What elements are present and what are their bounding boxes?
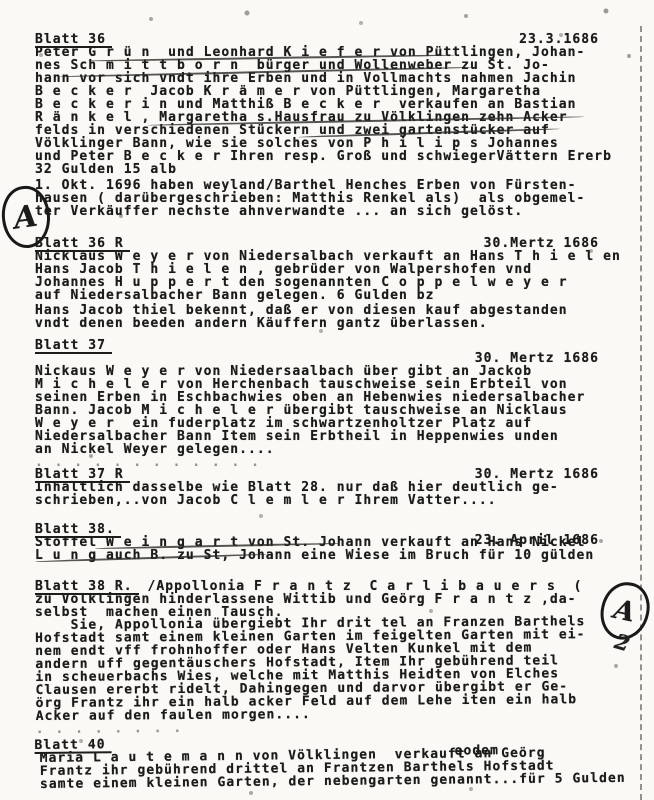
circled-letter-a: A (13, 209, 39, 225)
typewritten-content: Blatt 3623.3.1686 Peter G r ü n und Leon… (35, 33, 645, 791)
section-blatt-37r: Blatt 37 R30. Mertz 1686 Inhaltlich dass… (35, 468, 645, 507)
section-heading: Blatt 37 (35, 339, 112, 354)
paragraph-appollonia-tausch: Sie, Appollonia übergiebt Ihr drit tel a… (35, 615, 646, 735)
section-date: 30. Mertz 1686 (475, 468, 599, 481)
section-date: 23.3.1686 (519, 33, 599, 46)
section-heading-row: Blatt 37 R30. Mertz 1686 (35, 468, 645, 481)
section-heading-row: Blatt 3623.3.1686 (35, 33, 645, 46)
text-line: auf Niedersalbacher Bann gelegen. 6 Guld… (35, 289, 645, 302)
text-line: L u n g auch B. zu St, Johann eine Wiese… (35, 549, 645, 562)
section-blatt-36r: Blatt 36 R30.Mertz 1686 Nicklaus W e y e… (35, 237, 645, 302)
section-heading-row: Blatt 38.23. April 1686 (35, 523, 645, 536)
section-date: 30.Mertz 1686 (484, 237, 599, 250)
section-heading-row: Blatt 36 R30.Mertz 1686 (35, 237, 645, 250)
section-heading: Blatt 36 (35, 33, 112, 48)
section-blatt-38r: Blatt 38 R. /Appollonia F r a n t z C a … (35, 580, 645, 619)
heading-continuation-text: /Appollonia F r a n t z C a r l i b a u … (139, 579, 583, 594)
paragraph-redemption-note: 1. Okt. 1696 haben weyland/Barthel Hench… (35, 179, 645, 218)
circled-letter-a: A (613, 602, 637, 619)
section-heading: Blatt 37 R (35, 468, 130, 483)
text-line: ter Verkäuffer nechste ahnverwandte ... … (35, 205, 645, 218)
section-heading: Blatt 36 R (35, 237, 130, 252)
scanned-document-page: Blatt 3623.3.1686 Peter G r ü n und Leon… (0, 0, 654, 800)
paragraph-thiel-note: Hans Jacob thiel bekennt, daß er von die… (35, 304, 645, 330)
text-line: 32 Gulden 15 alb (35, 163, 645, 176)
section-blatt-38: Blatt 38.23. April 1686 Stoffel W e i n … (35, 523, 645, 562)
eodem-date-note: eodem (455, 744, 500, 757)
section-blatt-36: Blatt 3623.3.1686 Peter G r ü n und Leon… (35, 33, 645, 176)
text-line: vndt denen beeden andern Käuffern gantz … (35, 317, 645, 330)
dotted-row: . . . . . . . . (36, 719, 646, 735)
section-blatt-37: Blatt 37 30. Mertz 1686 Nickaus W e y e … (35, 339, 645, 468)
section-heading: Blatt 38. (35, 523, 121, 538)
section-heading-row: Blatt 37 (35, 339, 645, 352)
section-blatt-40: Blatt 40 eodem Maria L a u t e m a n n v… (34, 733, 645, 791)
margin-squiggle-mark: 2 (614, 634, 633, 651)
section-heading: Blatt 40 (34, 738, 111, 754)
text-line: schrieben,..von Jacob C l e m l e r Ihre… (35, 494, 645, 507)
scan-noise (0, 0, 2, 2)
section-date: 23. April 1686 (475, 534, 599, 547)
section-heading-row: Blatt 38 R. /Appollonia F r a n t z C a … (35, 580, 645, 593)
section-heading: Blatt 38 R. (35, 580, 139, 595)
